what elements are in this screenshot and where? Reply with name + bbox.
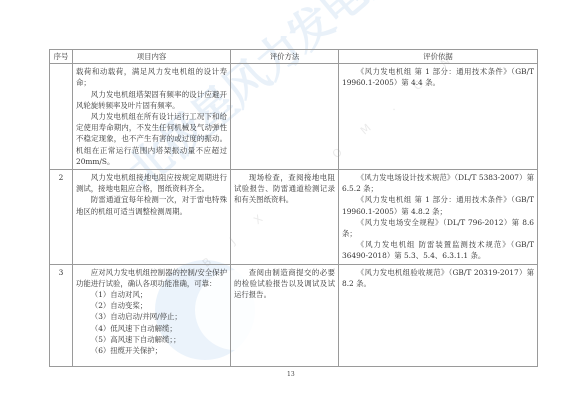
header-method: 评价方法 <box>231 50 339 64</box>
row-number <box>50 64 73 170</box>
content-paragraph: 防雷通道宜每年检测一次，对于雷电特殊地区的机组可适当调整检测周期。 <box>76 194 227 216</box>
content-list-item: （5）高风速下自动解缆；； <box>76 334 227 345</box>
content-list-item: （2）自动变桨； <box>76 300 227 311</box>
header-content: 项目内容 <box>73 50 231 64</box>
method-paragraph: 现场检查，查阅接地电阻试验报告、防雷通道检测记录和有关图纸资料。 <box>234 172 335 206</box>
evaluation-basis: 《风力发电场设计技术规范》（DL/T 5383-2007）第 6.5.2 条； … <box>339 170 538 265</box>
row-number: 2 <box>50 170 73 265</box>
basis-paragraph: 《风力发电场安全规程》（DL/T 796-2012）第 8.6 条； <box>342 217 534 239</box>
basis-paragraph: 《风力发电机组验收规范》（GB/T 20319-2017）第 8.2 条。 <box>342 267 534 289</box>
table-row: 2 风力发电机组接地电阻应按规定周期进行测试，接地电阻应合格，图纸资料齐全。 防… <box>50 170 538 265</box>
content-paragraph: 风力发电机组接地电阻应按规定周期进行测试，接地电阻应合格，图纸资料齐全。 <box>76 172 227 194</box>
evaluation-basis: 《风力发电机组验收规范》（GB/T 20319-2017）第 8.2 条。 <box>339 264 538 366</box>
item-content: 风力发电机组接地电阻应按规定周期进行测试，接地电阻应合格，图纸资料齐全。 防雷通… <box>73 170 231 265</box>
basis-paragraph: 《风力发电场设计技术规范》（DL/T 5383-2007）第 6.5.2 条； <box>342 172 534 194</box>
content-paragraph: 风力发电机组塔架固有频率的设计应避开风轮旋转频率及叶片固有频率。 <box>76 89 227 111</box>
evaluation-method: 现场检查，查阅接地电阻试验报告、防雷通道检测记录和有关图纸资料。 <box>231 170 339 265</box>
table-row: 3 应对风力发电机组控制器的控制/安全保护功能进行试验，确认各项功能准确，可靠：… <box>50 264 538 366</box>
evaluation-table: 序号 项目内容 评价方法 评价依据 载荷和动载荷，满足风力发电机组的设计寿命； … <box>49 49 538 367</box>
content-paragraph: 载荷和动载荷，满足风力发电机组的设计寿命； <box>76 66 227 88</box>
document-page: 北极星风力发电网 BJX.COM.CN 序号 项目内容 评价方法 评价依据 载荷… <box>0 0 585 413</box>
item-content: 应对风力发电机组控制器的控制/安全保护功能进行试验，确认各项功能准确，可靠： （… <box>73 264 231 366</box>
evaluation-basis: 《风力发电机组 第 1 部分：通用技术条件》（GB/T 19960.1-2005… <box>339 64 538 170</box>
content-list-item: （1）自动对风； <box>76 289 227 300</box>
basis-paragraph: 《风力发电机组 防雷装置监测技术规范》（GB/T 36490-2018）第 5.… <box>342 239 534 261</box>
content-paragraph: 应对风力发电机组控制器的控制/安全保护功能进行试验，确认各项功能准确，可靠： <box>76 267 227 289</box>
evaluation-method: 查阅由制造商提交的必要的检验试验报告以及调试及试运行报告。 <box>231 264 339 366</box>
basis-paragraph: 《风力发电机组 第 1 部分：通用技术条件》（GB/T 19960.1-2005… <box>342 66 534 88</box>
basis-paragraph: 《风力发电机组 第 1 部分：通用技术条件》（GB/T 19960.1-2005… <box>342 194 534 216</box>
header-basis: 评价依据 <box>339 50 538 64</box>
row-number: 3 <box>50 264 73 366</box>
content-list-item: （3）自动启动/并网/停止； <box>76 311 227 322</box>
table-row: 载荷和动载荷，满足风力发电机组的设计寿命； 风力发电机组塔架固有频率的设计应避开… <box>50 64 538 170</box>
content-list-item: （4）低风速下自动解缆； <box>76 323 227 334</box>
content-paragraph: 风力发电机组在所有设计运行工况下和给定使用寿命期内，不发生任何机械及气动弹性不稳… <box>76 111 227 167</box>
page-number: 13 <box>287 371 295 378</box>
evaluation-method <box>231 64 339 170</box>
item-content: 载荷和动载荷，满足风力发电机组的设计寿命； 风力发电机组塔架固有频率的设计应避开… <box>73 64 231 170</box>
content-list-item: （6）扭缆开关保护； <box>76 345 227 356</box>
table-header-row: 序号 项目内容 评价方法 评价依据 <box>50 50 538 64</box>
header-seq: 序号 <box>50 50 73 64</box>
method-paragraph: 查阅由制造商提交的必要的检验试验报告以及调试及试运行报告。 <box>234 267 335 301</box>
